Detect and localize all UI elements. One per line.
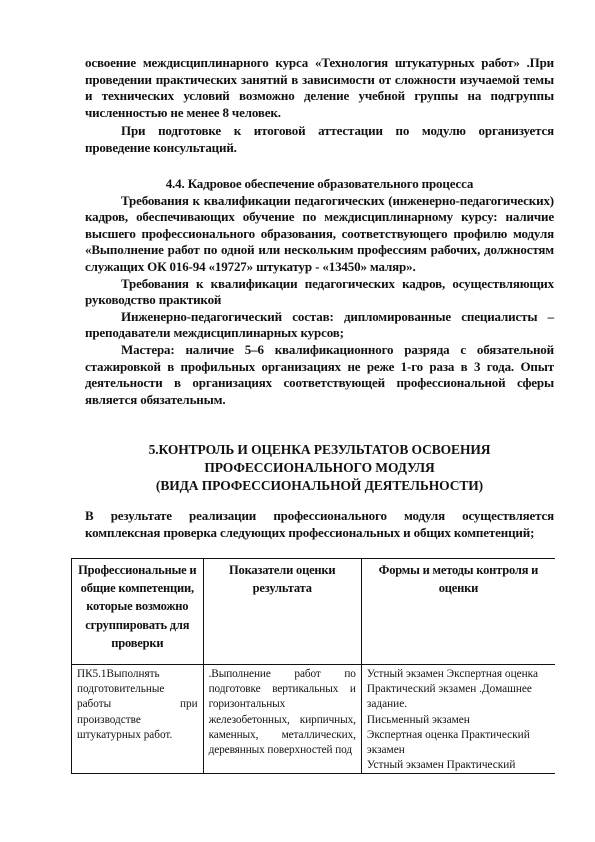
competence-first-line: ПК5.1Выполнять <box>77 667 198 682</box>
section-5-heading-line-1: 5.КОНТРОЛЬ И ОЦЕНКА РЕЗУЛЬТАТОВ ОСВОЕНИЯ <box>85 441 554 459</box>
table-header-row: Профессиональные и общие компетенции, ко… <box>72 559 556 665</box>
section-4-4-paragraph-3: Инженерно-педагогический состав: дипломи… <box>85 309 554 342</box>
cell-forms-methods: Устный экзамен Экспертная оценка Практич… <box>361 665 555 774</box>
document-page: освоение междисциплинарного курса «Техно… <box>0 0 595 842</box>
section-4-4-paragraph-1: Требования к квалификации педагогических… <box>85 193 554 276</box>
section-5-heading-line-3: (ВИДА ПРОФЕССИОНАЛЬНОЙ ДЕЯТЕЛЬНОСТИ) <box>85 477 554 495</box>
header-indicators: Показатели оценки результата <box>203 559 361 665</box>
section-5-heading-line-2: ПРОФЕССИОНАЛЬНОГО МОДУЛЯ <box>85 459 554 477</box>
section-4-4-paragraph-4: Мастера: наличие 5–6 квалификационного р… <box>85 342 554 408</box>
header-forms-methods: Формы и методы контроля и оценки <box>361 559 555 665</box>
section-5-intro-block: В результате реализации профессиональног… <box>85 508 554 541</box>
forms-item: Устный экзамен Экспертная оценка <box>367 667 550 682</box>
table-row: ПК5.1Выполнять подготовительные работы п… <box>72 665 556 774</box>
forms-item: Практический экзамен .Домашнее задание. <box>367 682 550 712</box>
forms-item: Письменный экзамен <box>367 713 550 728</box>
section-4-4-heading: 4.4. Кадровое обеспечение образовательно… <box>85 176 554 193</box>
competence-table: Профессиональные и общие компетенции, ко… <box>71 558 555 774</box>
cell-indicators: .Выполнение работ по подготовке вертикал… <box>203 665 361 774</box>
section-5-heading: 5.КОНТРОЛЬ И ОЦЕНКА РЕЗУЛЬТАТОВ ОСВОЕНИЯ… <box>85 441 554 495</box>
forms-item: Экспертная оценка Практический экзамен <box>367 728 550 758</box>
section-5-intro: В результате реализации профессиональног… <box>85 508 554 541</box>
cell-competence: ПК5.1Выполнять подготовительные работы п… <box>72 665 204 774</box>
intro-block: освоение междисциплинарного курса «Техно… <box>85 55 554 157</box>
header-competences: Профессиональные и общие компетенции, ко… <box>72 559 204 665</box>
forms-item: Устный экзамен Практический <box>367 758 550 773</box>
competence-rest: подготовительные работы при производстве… <box>77 683 198 741</box>
section-4-4-paragraph-2: Требования к квалификации педагогических… <box>85 276 554 309</box>
intro-paragraph-2: При подготовке к итоговой аттестации по … <box>85 123 554 156</box>
intro-paragraph-1: освоение междисциплинарного курса «Техно… <box>85 55 554 121</box>
section-4-4: 4.4. Кадровое обеспечение образовательно… <box>85 176 554 408</box>
